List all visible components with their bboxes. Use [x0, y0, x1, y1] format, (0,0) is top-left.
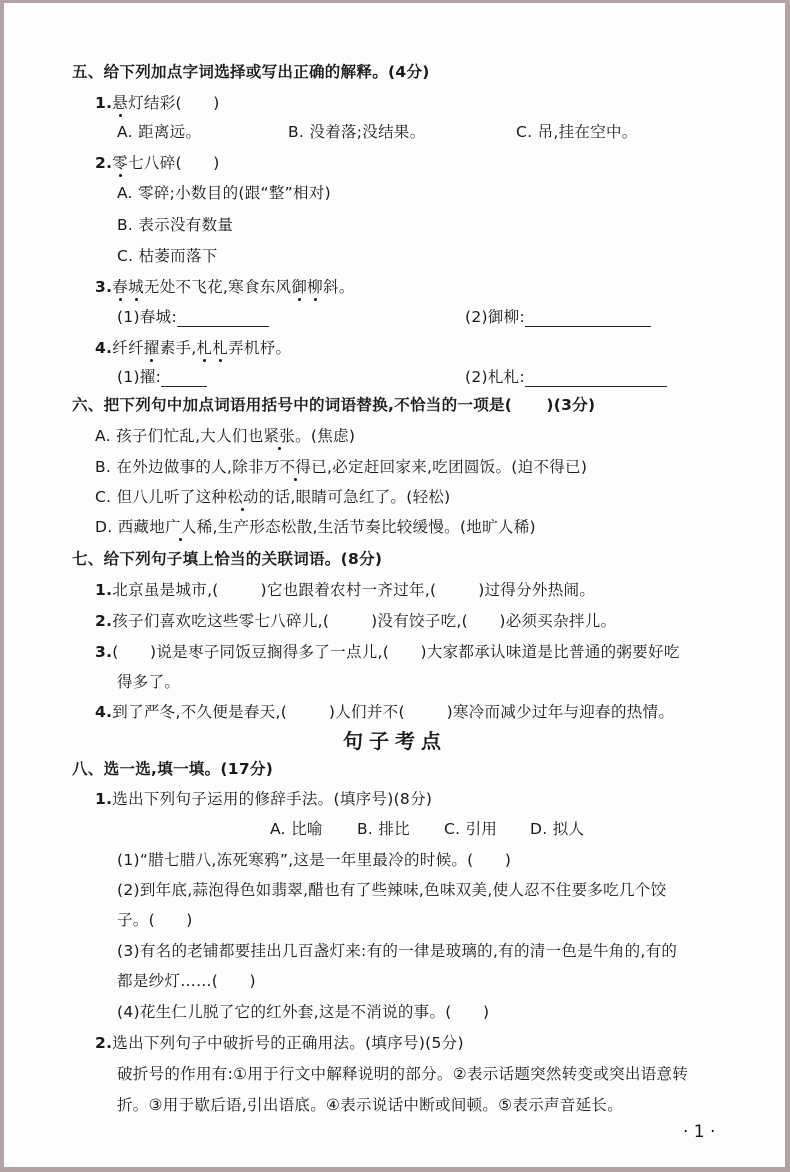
dotted-char: 春 — [112, 278, 128, 296]
question-number: 2. — [95, 1034, 112, 1052]
option-text: C. 但八儿听了这种 — [95, 488, 227, 506]
choice-c: C. 引用 — [444, 819, 497, 839]
dotted-word: 紧张 — [264, 427, 296, 445]
section-7-title: 七、给下列句子填上恰当的关联词语。(8分) — [72, 549, 382, 569]
option-text: 的话,眼睛可急红了。(轻松) — [259, 488, 451, 506]
option-text: B. 在外边做事的人,除非 — [95, 458, 264, 476]
sub-question-3: (3)有名的老铺都要挂出几百盏灯来:有的一律是玻璃的,有的清一色是牛角的,有的 — [117, 941, 677, 961]
sub-question-1: (1)“腊七腊八,冻死寒鸦”,这是一年里最冷的时候。( ) — [117, 850, 511, 870]
sub-label: (2)札札: — [465, 368, 525, 386]
bleed-through-text — [560, 168, 644, 188]
section-heading: 句子考点 — [0, 725, 790, 754]
sub-question-2: (2)到年底,蒜泡得色如翡翠,醋也有了些辣味,色味双美,使人忍不住要多吃几个饺 — [117, 880, 666, 900]
dotted-char: 札 — [212, 339, 228, 357]
question-number: 1. — [95, 94, 112, 112]
question-7-2: 2.孩子们喜欢吃这些零七八碎儿,( )没有饺子吃,( )必须买杂拌儿。 — [95, 611, 616, 631]
worksheet-page: 五、给下列加点字词选择或写出正确的解释。(4分) 1.悬灯结彩( ) A. 距离… — [0, 0, 790, 1172]
question-5-3: 3.春城无处不飞花,寒食东风御柳斜。 — [95, 277, 355, 297]
option-a: A. 零碎;小数目的(跟“整”相对) — [117, 183, 331, 203]
question-text: 素手, — [160, 339, 197, 357]
question-text: 选出下列句子运用的修辞手法。(填序号)(8分) — [112, 790, 432, 808]
option-text: ,生产形态松散,生活节奏比较缓慢。(地旷人稀) — [213, 518, 536, 536]
dotted-char: 柳 — [307, 278, 323, 296]
question-7-4: 4.到了严冬,不久便是春天,( )人们并不( )寒冷而减少过年与迎春的热情。 — [95, 702, 674, 722]
question-text: 孩子们喜欢吃这些零七八碎儿,( )没有饺子吃,( )必须买杂拌儿。 — [112, 612, 616, 630]
sub-question-2: (2)札札: — [465, 367, 667, 387]
option-b: B. 在外边做事的人,除非万不得已,必定赶回家来,吃团圆饭。(迫不得已) — [95, 457, 587, 477]
dotted-word: 万不得已 — [264, 458, 327, 476]
dotted-char: 札 — [197, 339, 213, 357]
question-number: 3. — [95, 643, 112, 661]
sub-label: (1)擢: — [117, 368, 161, 386]
sub-question-2-continued: 子。( ) — [117, 910, 193, 930]
option-c: C. 枯萎而落下 — [117, 246, 218, 266]
option-text: D. 西藏 — [95, 518, 149, 536]
answer-line[interactable] — [161, 370, 207, 387]
question-text: 选出下列句子中破折号的正确用法。(填序号)(5分) — [112, 1034, 464, 1052]
sub-question-3-continued: 都是纱灯……( ) — [117, 971, 256, 991]
option-c: C. 吊,挂在空中。 — [516, 122, 638, 142]
page-number: · 1 · — [683, 1122, 715, 1142]
question-text: ( )说是枣子同饭豆搁得多了一点儿,( )大家都承认味道是比普通的粥要好吃 — [112, 643, 679, 661]
option-c: C. 但八儿听了这种松动的话,眼睛可急红了。(轻松) — [95, 487, 451, 507]
question-7-1: 1.北京虽是城市,( )它也跟着农村一齐过年,( )过得分外热闹。 — [95, 580, 595, 600]
dotted-char: 御 — [291, 278, 307, 296]
answer-blank[interactable]: ( ) — [176, 153, 220, 173]
option-text: A. 孩子们忙乱,大人们也 — [95, 427, 264, 445]
question-text: 到了严冬,不久便是春天,( )人们并不( )寒冷而减少过年与迎春的热情。 — [112, 703, 674, 721]
dotted-word: 地广人稀 — [149, 518, 212, 536]
sub-label: (2)御柳: — [465, 308, 525, 326]
question-7-3-continued: 得多了。 — [117, 672, 180, 692]
option-b: B. 没着落;没结果。 — [288, 122, 426, 142]
dotted-word: 松动 — [227, 488, 259, 506]
answer-line[interactable] — [525, 370, 667, 387]
choice-d: D. 拟人 — [530, 819, 584, 839]
option-a: A. 距离远。 — [117, 122, 201, 142]
section-6-title: 六、把下列句中加点词语用括号中的词语替换,不恰当的一项是( )(3分) — [72, 395, 595, 415]
question-8-1: 1.选出下列句子运用的修辞手法。(填序号)(8分) — [95, 789, 432, 809]
sub-question-1: (1)春城: — [117, 307, 269, 327]
dash-usage-explanation-line-2: 折。③用于歇后语,引出语底。④表示说话中断或间顿。⑤表示声音延长。 — [117, 1095, 623, 1115]
question-number: 1. — [95, 581, 112, 599]
question-number: 1. — [95, 790, 112, 808]
question-5-1: 1.悬灯结彩( ) — [95, 93, 220, 113]
answer-blank[interactable]: ( ) — [176, 93, 220, 113]
choice-b: B. 排比 — [357, 819, 410, 839]
sub-question-4: (4)花生仁儿脱了它的红外套,这是不消说的事。( ) — [117, 1002, 489, 1022]
question-text: 纤纤 — [112, 339, 144, 357]
question-number: 4. — [95, 339, 112, 357]
question-number: 3. — [95, 278, 112, 296]
sub-question-2: (2)御柳: — [465, 307, 651, 327]
choice-a: A. 比喻 — [270, 819, 323, 839]
sub-label: (1)春城: — [117, 308, 177, 326]
question-5-2: 2.零七八碎( ) — [95, 153, 220, 173]
question-8-2: 2.选出下列句子中破折号的正确用法。(填序号)(5分) — [95, 1033, 464, 1053]
dotted-char: 城 — [128, 278, 144, 296]
option-b: B. 表示没有数量 — [117, 215, 233, 235]
question-text: 斜。 — [323, 278, 355, 296]
question-text: 北京虽是城市,( )它也跟着农村一齐过年,( )过得分外热闹。 — [112, 581, 595, 599]
question-5-4: 4.纤纤擢素手,札札弄机杼。 — [95, 338, 291, 358]
answer-line[interactable] — [525, 310, 651, 327]
dotted-char: 擢 — [144, 339, 160, 357]
dotted-char: 零 — [112, 154, 128, 172]
question-number: 2. — [95, 154, 112, 172]
section-5-title: 五、给下列加点字词选择或写出正确的解释。(4分) — [72, 62, 430, 82]
dotted-char: 悬 — [112, 94, 128, 112]
question-text: 灯结彩 — [128, 94, 175, 112]
answer-line[interactable] — [177, 310, 269, 327]
option-d: D. 西藏地广人稀,生产形态松散,生活节奏比较缓慢。(地旷人稀) — [95, 517, 536, 537]
question-text: 弄机杼。 — [228, 339, 291, 357]
option-text: 。(焦虑) — [295, 427, 355, 445]
question-text: 无处不飞花,寒食东风 — [144, 278, 291, 296]
option-text: ,必定赶回家来,吃团圆饭。(迫不得已) — [327, 458, 587, 476]
sub-question-1: (1)擢: — [117, 367, 207, 387]
question-number: 4. — [95, 703, 112, 721]
section-8-title: 八、选一选,填一填。(17分) — [72, 759, 273, 779]
question-text: 七八碎 — [128, 154, 175, 172]
question-7-3: 3.( )说是枣子同饭豆搁得多了一点儿,( )大家都承认味道是比普通的粥要好吃 — [95, 642, 680, 662]
question-number: 2. — [95, 612, 112, 630]
dash-usage-explanation-line-1: 破折号的作用有:①用于行文中解释说明的部分。②表示话题突然转变或突出语意转 — [117, 1064, 688, 1084]
option-a: A. 孩子们忙乱,大人们也紧张。(焦虑) — [95, 426, 355, 446]
